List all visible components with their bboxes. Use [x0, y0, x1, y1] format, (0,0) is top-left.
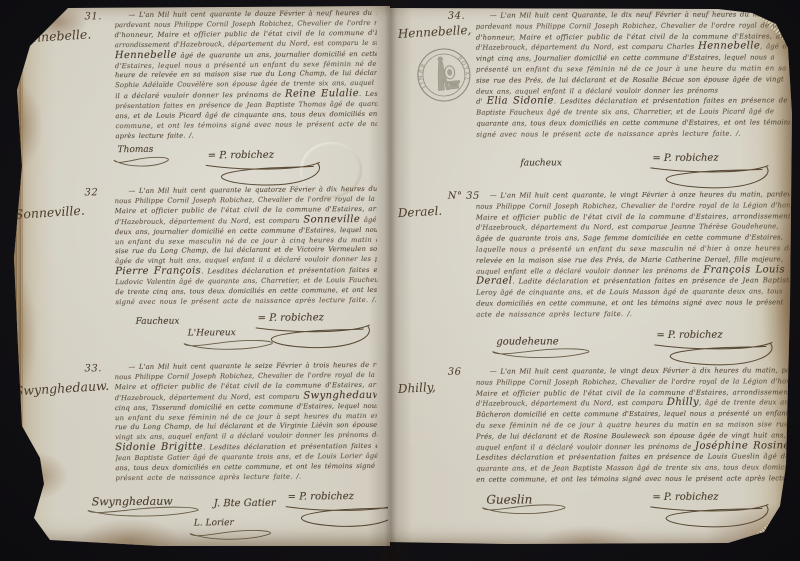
entry-number: N° 35	[448, 191, 480, 202]
entry-body: — L'an Mil huit cent Quarante, le dix ne…	[476, 9, 791, 140]
signature: Faucheux	[136, 317, 180, 327]
register-entry: 31. Hennebelle. — L'an Mil huit cent qua…	[114, 9, 377, 142]
register-entry: 33. Swynghedauw. — L'an Mil huit cent qu…	[114, 361, 377, 484]
entry-body: — L'an Mil huit cent quarante le douze F…	[114, 9, 377, 142]
register-entry: 34. Hennebelle, — L'an Mil huit cent Qua…	[476, 9, 791, 140]
register-entry: 36 Dhilly, — L'an Mil huit cent quarante…	[476, 365, 791, 485]
margin-name: Swynghedauw.	[14, 378, 109, 399]
signature: L'Heureux	[188, 328, 236, 338]
signature-flourish	[188, 527, 276, 547]
signature: goudeheune	[496, 336, 558, 347]
signature: = P. robichez	[288, 491, 354, 503]
signature-flourish	[646, 500, 776, 538]
register-entry: 32 Sonneville. — L'an Mil huit cent quar…	[114, 185, 377, 308]
page-left: 31. Hennebelle. — L'an Mil huit cent qua…	[10, 6, 390, 546]
margin-name: Hennebelle.	[14, 26, 91, 46]
signatures-row: Gueslin= P. robichez	[476, 485, 790, 546]
manuscript-line: pardevant nous Philippe Cornil Joseph Ro…	[476, 20, 790, 32]
right-entries: 34. Hennebelle, — L'an Mil huit cent Qua…	[388, 4, 793, 546]
signature: = P. robichez	[652, 492, 718, 503]
entry-number: 34.	[448, 11, 465, 22]
signature-flourish	[86, 503, 204, 523]
entry-body: — L'an Mil huit cent quarante le quatorz…	[114, 185, 377, 308]
manuscript-line: sise rue des Prés, de lui déclarant et d…	[476, 74, 790, 86]
register-entry: N° 35 Derael. — L'an Mil huit cent quara…	[476, 189, 791, 320]
signature: Gueslin	[486, 492, 532, 506]
left-entries: 31. Hennebelle. — L'an Mil huit cent qua…	[10, 6, 390, 546]
signature-flourish	[480, 501, 570, 520]
signatures-row: SwynghedauwJ. Bte GatierL. Lorier= P. ro…	[116, 485, 379, 547]
entry-number: 33.	[84, 363, 102, 374]
signature: Swynghedauw	[92, 495, 173, 509]
entry-number: 32	[84, 187, 98, 198]
signature: = P. robichez	[208, 150, 274, 162]
manuscript-line: acte de naissance après lecture faite. /…	[476, 308, 790, 320]
signature-flourish	[490, 345, 594, 364]
margin-name: Hennebelle,	[397, 23, 471, 41]
manuscript-line: nous Philippe Cornil Joseph Robichez, Ch…	[476, 376, 790, 388]
signature: faucheux	[520, 158, 562, 168]
manuscript-line: en cette commune, et ont les témoins sig…	[476, 473, 790, 485]
entry-body: — L'an Mil huit cent quarante, le vingt …	[476, 365, 791, 485]
signature: L. Lorier	[194, 518, 234, 528]
signature-flourish	[252, 321, 378, 359]
entry-body: — L'an Mil huit cent quarante, le vingt …	[476, 189, 791, 320]
manuscript-line: signé avec nous le présent acte de naiss…	[115, 296, 377, 308]
manuscript-line: signé avec nous le présent acte de naiss…	[476, 128, 790, 140]
signature-flourish	[112, 154, 174, 174]
manuscript-line: présent acte de naissance après lecture …	[115, 472, 377, 484]
manuscript-line: nous Philippe Cornil Joseph Robichez, Ch…	[476, 200, 790, 212]
scan-background: 31. Hennebelle. — L'an Mil huit cent qua…	[0, 0, 800, 561]
manuscript-line: quarante ans, tous deux domiciliés en ce…	[476, 117, 790, 129]
entry-body: — L'an Mil huit cent quarante le seize F…	[114, 361, 377, 484]
signatures-row: FaucheuxL'Heureux= P. robichez	[116, 307, 379, 369]
entry-number: 36	[448, 367, 462, 378]
signature: = P. robichez	[652, 153, 718, 164]
margin-name: Sonneville.	[14, 203, 85, 222]
signature: J. Bte Gatier	[214, 498, 276, 510]
manuscript-line: deux domiciliés en cette commune, et ont…	[476, 297, 790, 309]
entry-number: 31.	[84, 11, 102, 22]
margin-name: Derael.	[397, 204, 442, 220]
page-right: TIMBRE ROYAL 34. Hennebelle, — L'an Mil …	[388, 4, 793, 546]
signature: = P. robichez	[656, 330, 722, 341]
signature: = P. robichez	[258, 312, 324, 324]
margin-name: Dhilly,	[397, 380, 436, 396]
signature: Thomas	[118, 145, 154, 155]
